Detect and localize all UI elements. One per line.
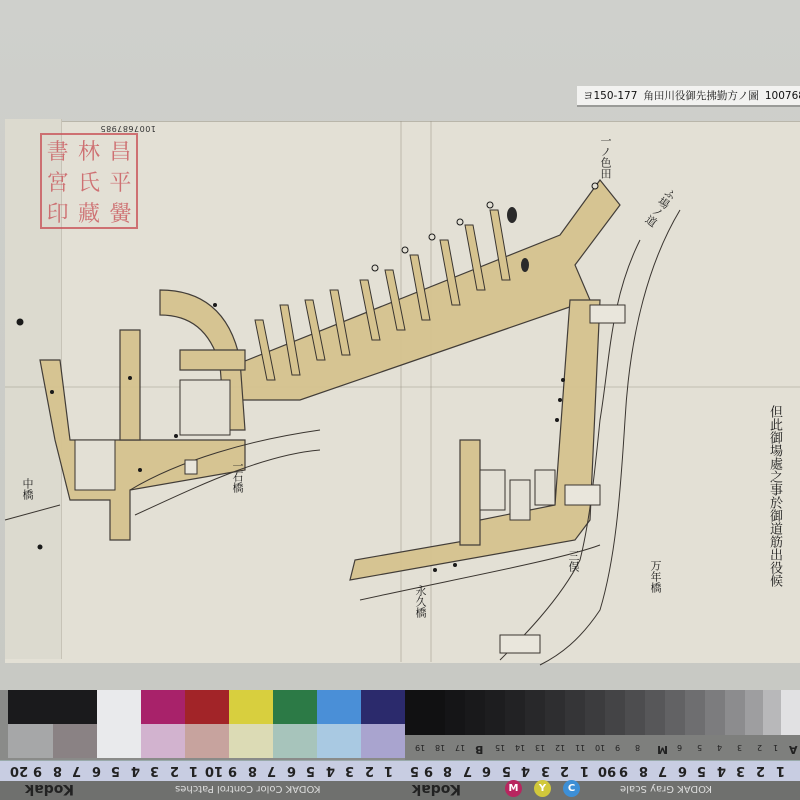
patch-light-magenta bbox=[141, 724, 185, 758]
patch-black bbox=[8, 690, 53, 724]
margin-note: 但此御場處之事於御道筋出役候 bbox=[768, 405, 781, 655]
magenta-circle-icon: M bbox=[505, 780, 522, 797]
cyan-circle-icon: C bbox=[563, 780, 580, 797]
patch-light-cyan bbox=[317, 724, 361, 758]
map-label: 三俣 bbox=[568, 550, 579, 572]
patch-magenta bbox=[141, 690, 185, 724]
map-label: 万年橋 bbox=[650, 560, 661, 593]
historical-map-drawing bbox=[0, 0, 800, 690]
patch-black bbox=[53, 690, 97, 724]
kodak-logo: Kodak bbox=[25, 781, 74, 797]
patch-white bbox=[97, 690, 141, 758]
map-label: 一石橋 bbox=[232, 460, 243, 493]
gray-scale-title: KODAK Gray Scale bbox=[620, 783, 712, 794]
patch-cyan bbox=[317, 690, 361, 724]
color-control-title: KODAK Color Control Patches bbox=[175, 783, 320, 794]
patch-light-red bbox=[185, 724, 229, 758]
map-label: 中橋 bbox=[22, 478, 33, 500]
patch-red bbox=[185, 690, 229, 724]
kodak-logo: Kodak bbox=[412, 781, 461, 797]
patch-green bbox=[273, 690, 317, 724]
patch-light-green bbox=[273, 724, 317, 758]
patch-light-blue bbox=[361, 724, 405, 758]
patch-dark-gray bbox=[53, 724, 97, 758]
gray-scale-ruler: 19 18 17 B 15 14 13 12 11 10 9 8 M 6 5 4… bbox=[405, 735, 800, 762]
patch-light-yellow bbox=[229, 724, 273, 758]
patch-gray bbox=[8, 724, 53, 758]
patch-blue bbox=[361, 690, 405, 724]
measuring-tape: 20 9 8 7 6 5 4 3 2 1 10 9 8 7 6 5 4 3 2 … bbox=[0, 760, 800, 782]
map-label: 一ノ色田 bbox=[600, 135, 611, 179]
map-label: 永久橋 bbox=[415, 585, 426, 618]
patch-yellow bbox=[229, 690, 273, 724]
yellow-circle-icon: Y bbox=[534, 780, 551, 797]
